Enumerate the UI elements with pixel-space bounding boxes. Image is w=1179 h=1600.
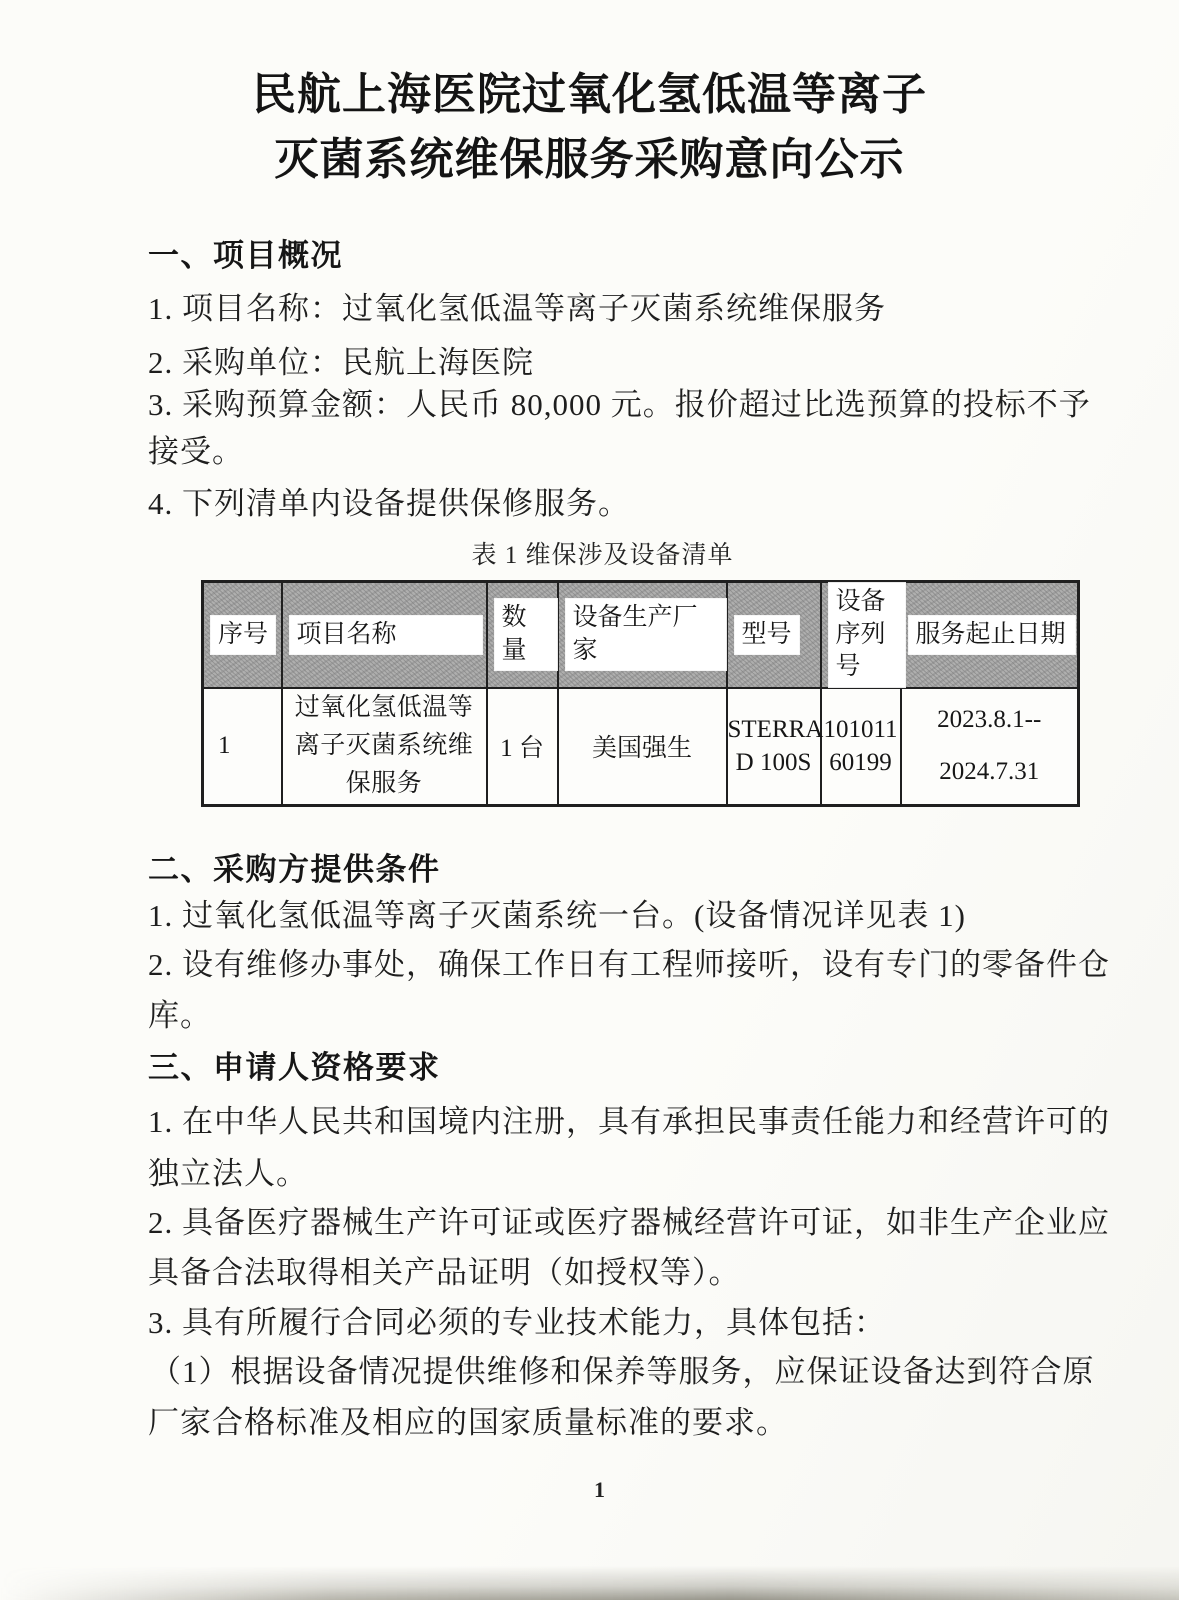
- cell-serial-line-1: 101011: [822, 713, 900, 747]
- cell-serial: 101011 60199: [821, 688, 901, 806]
- section-1-item-1: 1. 项目名称：过氧化氢低温等离子灭菌系统维保服务: [148, 283, 886, 328]
- cell-date-line-1: 2023.8.1--: [902, 705, 1078, 735]
- section-2-heading: 二、采购方提供条件: [148, 844, 441, 889]
- page-number: 1: [0, 1477, 1179, 1503]
- header-cell-dates: 服务起止日期: [901, 582, 1079, 688]
- section-3-item-1-line-1: 1. 在中华人民共和国境内注册，具有承担民事责任能力和经营许可的: [148, 1096, 1110, 1141]
- section-3-item-2-line-2: 具备合法取得相关产品证明（如授权等）。: [148, 1247, 741, 1292]
- cell-qty: 1 台: [487, 688, 558, 806]
- header-cell-maker: 设备生产厂家: [558, 582, 727, 688]
- scan-edge-shadow: [0, 1566, 1179, 1600]
- section-1-item-4: 4. 下列清单内设备提供保修服务。: [148, 478, 630, 523]
- section-3-item-2-line-1: 2. 具备医疗器械生产许可证或医疗器械经营许可证，如非生产企业应: [148, 1197, 1110, 1242]
- header-label-maker: 设备生产厂家: [566, 599, 726, 670]
- cell-name: 过氧化氢低温等离子灭菌系统维保服务: [282, 688, 487, 806]
- section-1-item-2: 2. 采购单位：民航上海医院: [148, 337, 534, 382]
- cell-no: 1: [203, 688, 282, 806]
- table-caption: 表 1 维保涉及设备清单: [0, 535, 1179, 571]
- document-title-line-1: 民航上海医院过氧化氢低温等离子: [0, 58, 1179, 122]
- header-cell-qty: 数量: [487, 582, 558, 688]
- table-row: 1 过氧化氢低温等离子灭菌系统维保服务 1 台 美国强生 STERRA D 10…: [203, 688, 1079, 806]
- section-3-item-1-line-2: 独立法人。: [148, 1148, 308, 1193]
- header-label-dates: 服务起止日期: [909, 616, 1075, 655]
- section-2-item-2-line-2: 库。: [148, 990, 212, 1035]
- cell-serial-line-2: 60199: [822, 746, 900, 780]
- section-1-heading: 一、项目概况: [148, 230, 343, 275]
- cell-date-line-2: 2024.7.31: [902, 757, 1078, 787]
- cell-model: STERRA D 100S: [727, 688, 821, 806]
- header-label-name: 项目名称: [290, 616, 482, 655]
- header-cell-name: 项目名称: [282, 582, 487, 688]
- table-header-row: 序号 项目名称 数量 设备生产厂家 型号 设备序列号 服务起止日期: [203, 582, 1079, 688]
- header-cell-model: 型号: [727, 582, 821, 688]
- section-3-item-3: 3. 具有所履行合同必须的专业技术能力，具体包括：: [148, 1297, 886, 1342]
- document-title-line-2: 灭菌系统维保服务采购意向公示: [0, 123, 1179, 187]
- header-label-qty: 数量: [495, 599, 557, 670]
- header-cell-no: 序号: [203, 582, 282, 688]
- section-1-item-3-line-2: 接受。: [148, 426, 244, 471]
- header-label-model: 型号: [735, 616, 799, 655]
- section-1-item-3-line-1: 3. 采购预算金额：人民币 80,000 元。报价超过比选预算的投标不予: [148, 379, 1091, 424]
- section-3-item-4-line-1: （1）根据设备情况提供维修和保养等服务，应保证设备达到符合原: [150, 1346, 1095, 1391]
- header-cell-serial: 设备序列号: [821, 582, 901, 688]
- header-label-serial: 设备序列号: [829, 583, 905, 687]
- section-2-item-1: 1. 过氧化氢低温等离子灭菌系统一台。(设备情况详见表 1): [148, 890, 966, 935]
- document-page: 民航上海医院过氧化氢低温等离子 灭菌系统维保服务采购意向公示 一、项目概况 1.…: [0, 0, 1179, 1600]
- header-label-no: 序号: [211, 616, 275, 655]
- section-2-item-2-line-1: 2. 设有维修办事处，确保工作日有工程师接听，设有专门的零备件仓: [148, 939, 1110, 984]
- equipment-table: 序号 项目名称 数量 设备生产厂家 型号 设备序列号 服务起止日期 1 过氧化氢…: [201, 580, 1080, 807]
- section-3-heading: 三、申请人资格要求: [148, 1042, 441, 1087]
- cell-maker: 美国强生: [558, 688, 727, 806]
- cell-dates: 2023.8.1-- 2024.7.31: [901, 688, 1079, 806]
- section-3-item-4-line-2: 厂家合格标准及相应的国家质量标准的要求。: [148, 1397, 788, 1442]
- cell-model-line-2: D 100S: [728, 746, 820, 780]
- cell-model-line-1: STERRA: [728, 713, 820, 747]
- cell-name-text: 过氧化氢低温等离子灭菌系统维保服务: [283, 689, 486, 803]
